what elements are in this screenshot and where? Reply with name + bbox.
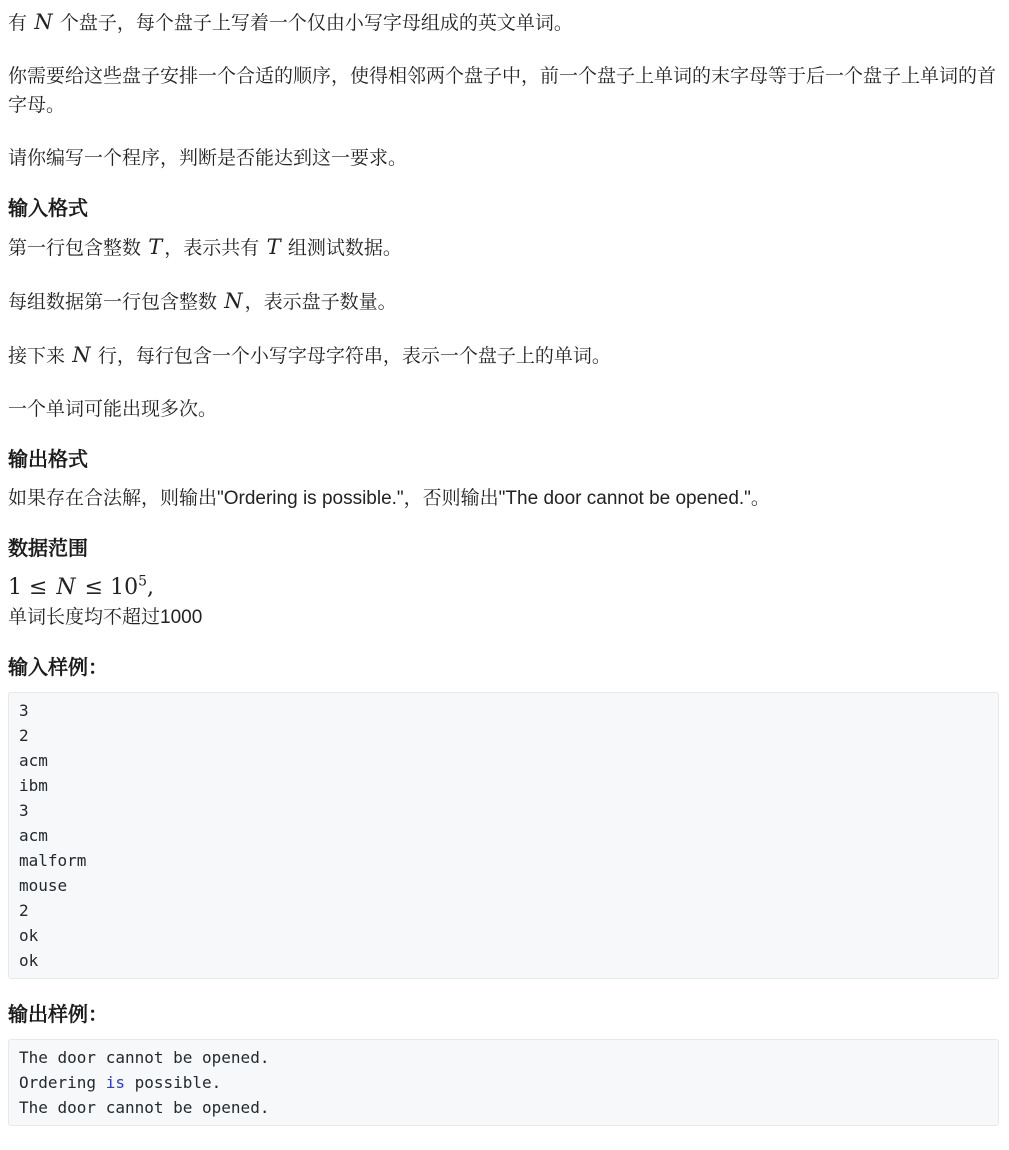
text-run: 第一行包含整数	[8, 238, 146, 259]
math-text: ,	[147, 575, 154, 600]
math-formula: 1 ≤ N ≤ 105,	[8, 575, 154, 600]
text-run: 有	[8, 13, 32, 34]
code-line: ibm	[19, 773, 988, 798]
statement-paragraph-1: 有 N 个盘子，每个盘子上写着一个仅由小写字母组成的英文单词。	[8, 8, 999, 38]
text-run: possible.	[125, 1073, 221, 1092]
problem-statement: 有 N 个盘子，每个盘子上写着一个仅由小写字母组成的英文单词。 你需要给这些盘子…	[0, 0, 1009, 1150]
output-format-heading: 输出格式	[8, 448, 999, 472]
math-var-n: N	[32, 10, 54, 34]
text-run: ，表示共有	[164, 238, 264, 259]
code-line: The door cannot be opened.	[19, 1095, 988, 1120]
math-var-t: T	[146, 235, 164, 259]
input-sample-heading: 输入样例：	[8, 656, 999, 680]
math-text: 1 ≤	[8, 575, 54, 600]
code-line: 2	[19, 723, 988, 748]
code-line: 2	[19, 898, 988, 923]
input-format-heading: 输入格式	[8, 197, 999, 221]
output-sample-code-block: The door cannot be opened. Ordering is p…	[8, 1039, 999, 1126]
math-superscript: 5	[138, 574, 147, 590]
text-run: 接下来	[8, 346, 70, 367]
code-line: 3	[19, 798, 988, 823]
code-line: ok	[19, 923, 988, 948]
text-run: Ordering	[19, 1073, 106, 1092]
math-var-t: T	[265, 235, 283, 259]
math-var-n: N	[222, 289, 244, 313]
input-format-paragraph-1: 第一行包含整数 T，表示共有 T 组测试数据。	[8, 233, 999, 263]
data-range-heading: 数据范围	[8, 537, 999, 561]
code-line: malform	[19, 848, 988, 873]
code-line: 3	[19, 698, 988, 723]
code-line: acm	[19, 748, 988, 773]
input-format-paragraph-3: 接下来 N 行，每行包含一个小写字母字符串，表示一个盘子上的单词。	[8, 341, 999, 371]
statement-paragraph-3: 请你编写一个程序，判断是否能达到这一要求。	[8, 144, 999, 173]
code-line: Ordering is possible.	[19, 1070, 988, 1095]
statement-paragraph-2: 你需要给这些盘子安排一个合适的顺序，使得相邻两个盘子中，前一个盘子上单词的末字母…	[8, 62, 999, 120]
text-run: ，表示盘子数量。	[245, 292, 397, 313]
input-sample-code-block: 3 2 acm ibm 3 acm malform mouse 2 ok ok	[8, 692, 999, 979]
text-run: 组测试数据。	[283, 238, 402, 259]
output-sample-heading: 输出样例：	[8, 1003, 999, 1027]
range-note: 单词长度均不超过1000	[8, 607, 202, 628]
text-run: 行，每行包含一个小写字母字符串，表示一个盘子上的单词。	[93, 346, 611, 367]
keyword-token: is	[106, 1073, 125, 1092]
math-var-n: N	[70, 343, 92, 367]
output-format-paragraph: 如果存在合法解，则输出"Ordering is possible."，否则输出"…	[8, 484, 999, 513]
data-range-paragraph: 1 ≤ N ≤ 105,单词长度均不超过1000	[8, 573, 999, 632]
text-run: 每组数据第一行包含整数	[8, 292, 222, 313]
code-line: acm	[19, 823, 988, 848]
code-line: mouse	[19, 873, 988, 898]
code-line: The door cannot be opened.	[19, 1045, 988, 1070]
code-line: ok	[19, 948, 988, 973]
input-format-paragraph-4: 一个单词可能出现多次。	[8, 395, 999, 424]
input-format-paragraph-2: 每组数据第一行包含整数 N，表示盘子数量。	[8, 287, 999, 317]
text-run: 个盘子，每个盘子上写着一个仅由小写字母组成的英文单词。	[55, 13, 573, 34]
math-var-n: N	[54, 575, 77, 600]
math-text: ≤ 10	[78, 575, 138, 600]
